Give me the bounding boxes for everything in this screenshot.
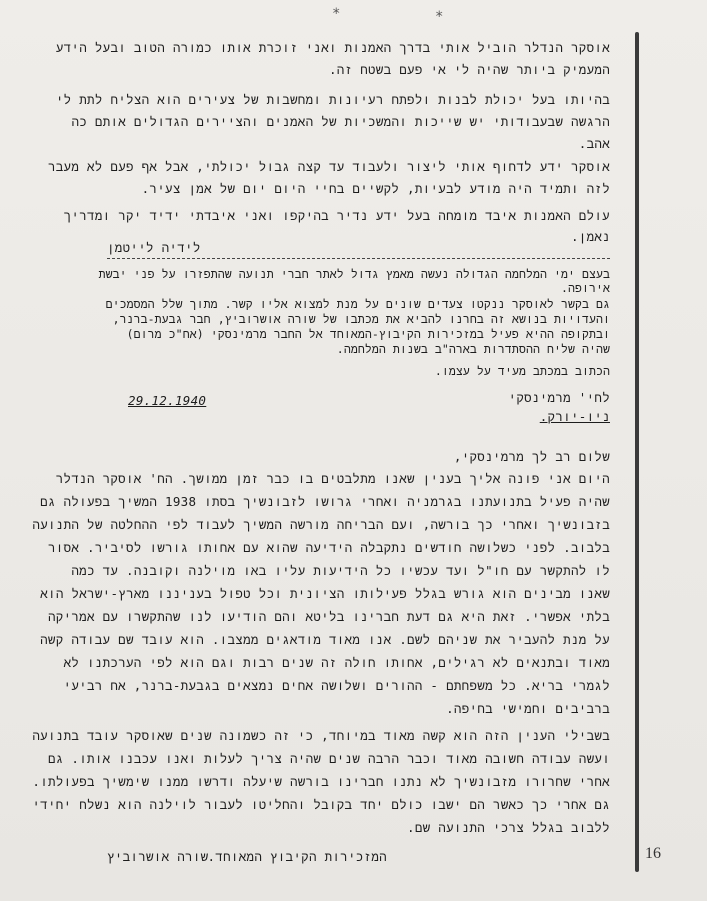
intro-line: בעצם ימי המלחמה הגדולה נעשה מאמץ גדול לא… xyxy=(99,267,610,282)
letter-line: לו להתקשר עם חו"ל ועד עכשיו כל הידיעות ע… xyxy=(71,563,610,579)
intro-closing: הכתוב במכתב מעיד על עצמו. xyxy=(435,364,610,379)
tribute-signature: לידיה לייטמן xyxy=(107,240,201,256)
letter-line: לגמרי בריא. כל משפחתם - ההורים ושלושה אח… xyxy=(64,678,610,694)
page-number: 16 xyxy=(645,845,661,863)
letter-line: היום אני פונה אליך בענין שאנו מתלבטים בו… xyxy=(56,471,610,487)
tribute-line: הרגשה שבעבודותי יש שייכות והמשכיות של הא… xyxy=(71,114,610,130)
sender-organization: המזכירות הקיבוץ המאוחד. xyxy=(207,849,387,865)
tribute-line: לזה ותמיד היה מודע לבעיות, לקשיים בחיי ה… xyxy=(142,181,610,197)
intro-line: גם בקשר לאוסקר ננקטו צעדים שונים על מנת … xyxy=(106,297,610,312)
letter-line: מאוד ובתנאים לא רגילים, אחותו חולה זה שנ… xyxy=(64,655,610,671)
tribute-line: נאמן. xyxy=(571,229,610,245)
letter-city: ניו-יורק. xyxy=(540,409,610,425)
tribute-line: המעמיק ביותר שהיה לי אי פעם בשטח זה. xyxy=(329,62,610,78)
intro-line: והעדויות בנושא זה בחרנו להביא את מכתבו ש… xyxy=(113,312,610,327)
intro-line: ובתקופה ההיא פעיל במזכירות הקיבוץ-המאוחד… xyxy=(127,327,610,342)
intro-line: אירופה. xyxy=(561,281,610,296)
letter-line: ועשה עבודה חשובה מאוד וכבר הרבה שנים שהי… xyxy=(48,751,610,767)
letter-line: גם אחרי כך כאשר הם ישבו כולם יחד בקובל ו… xyxy=(32,797,610,813)
letter-greeting: שלום רב לך מרמינסקי, xyxy=(454,449,610,465)
letter-line: בשבילי הענין הזה הוא קשה מאוד במיוחד, כי… xyxy=(32,728,610,744)
letter-recipient: לחי' מרמינסקי xyxy=(509,390,610,406)
letter-line: בלבוב. לפני כשלושה חודשים נתקבלה הידיעה … xyxy=(48,540,610,556)
intro-line: שהיה שליח ההסתדרות בארה"ב בשנות המלחמה. xyxy=(337,342,610,357)
asterisk-mark: * xyxy=(435,9,443,25)
letter-date: 29.12.1940 xyxy=(128,393,206,408)
tribute-line: בהיותו בעל יכולת לבנות ולפתח רעיונות ומח… xyxy=(56,92,610,108)
letter-line: בזבונשיך ואחרי כך בורשה, ועם הבריחה מורש… xyxy=(32,517,610,533)
asterisk-mark: * xyxy=(332,6,340,22)
letter-line: ללבוב בגלל צרכי התנועה שם. xyxy=(407,820,610,836)
letter-line: בלתי אפשרי. זאת היא גם דעת חברינו בליטא … xyxy=(48,609,610,625)
section-divider xyxy=(107,258,610,259)
tribute-line: עולם האמנות איבד מומחה בעל ידע נדיר בהיק… xyxy=(64,208,610,224)
letter-line: שאנו מבינים הוא גורש בגלל פעילותו הציוני… xyxy=(40,586,610,602)
letter-line: ברביבים וחמישי בחיפה. xyxy=(446,701,610,717)
sender-name: שורה אושרוביץ xyxy=(107,849,208,865)
letter-line: אחרי שחרורו מזבונשיך לא נתנו חברינו בורש… xyxy=(32,774,610,790)
letter-line: על מנת להעביר את שניהם לשם. אנו מאוד מוד… xyxy=(40,632,610,648)
binder-margin-line xyxy=(635,32,639,872)
tribute-line: אוסקר ידע לדחוף אותי ליצור ולעבוד עד קצה… xyxy=(48,159,610,175)
document-page: * * אוסקר הנדלר הוביל אותי בדרך האמנות ו… xyxy=(0,0,707,901)
tribute-line: אוסקר הנדלר הוביל אותי בדרך האמנות ואני … xyxy=(56,40,610,56)
tribute-line: אהב. xyxy=(579,136,610,152)
letter-line: שהיה פעיל בתנועתנו בגרמניה ואחרי גרושו ל… xyxy=(40,494,610,510)
